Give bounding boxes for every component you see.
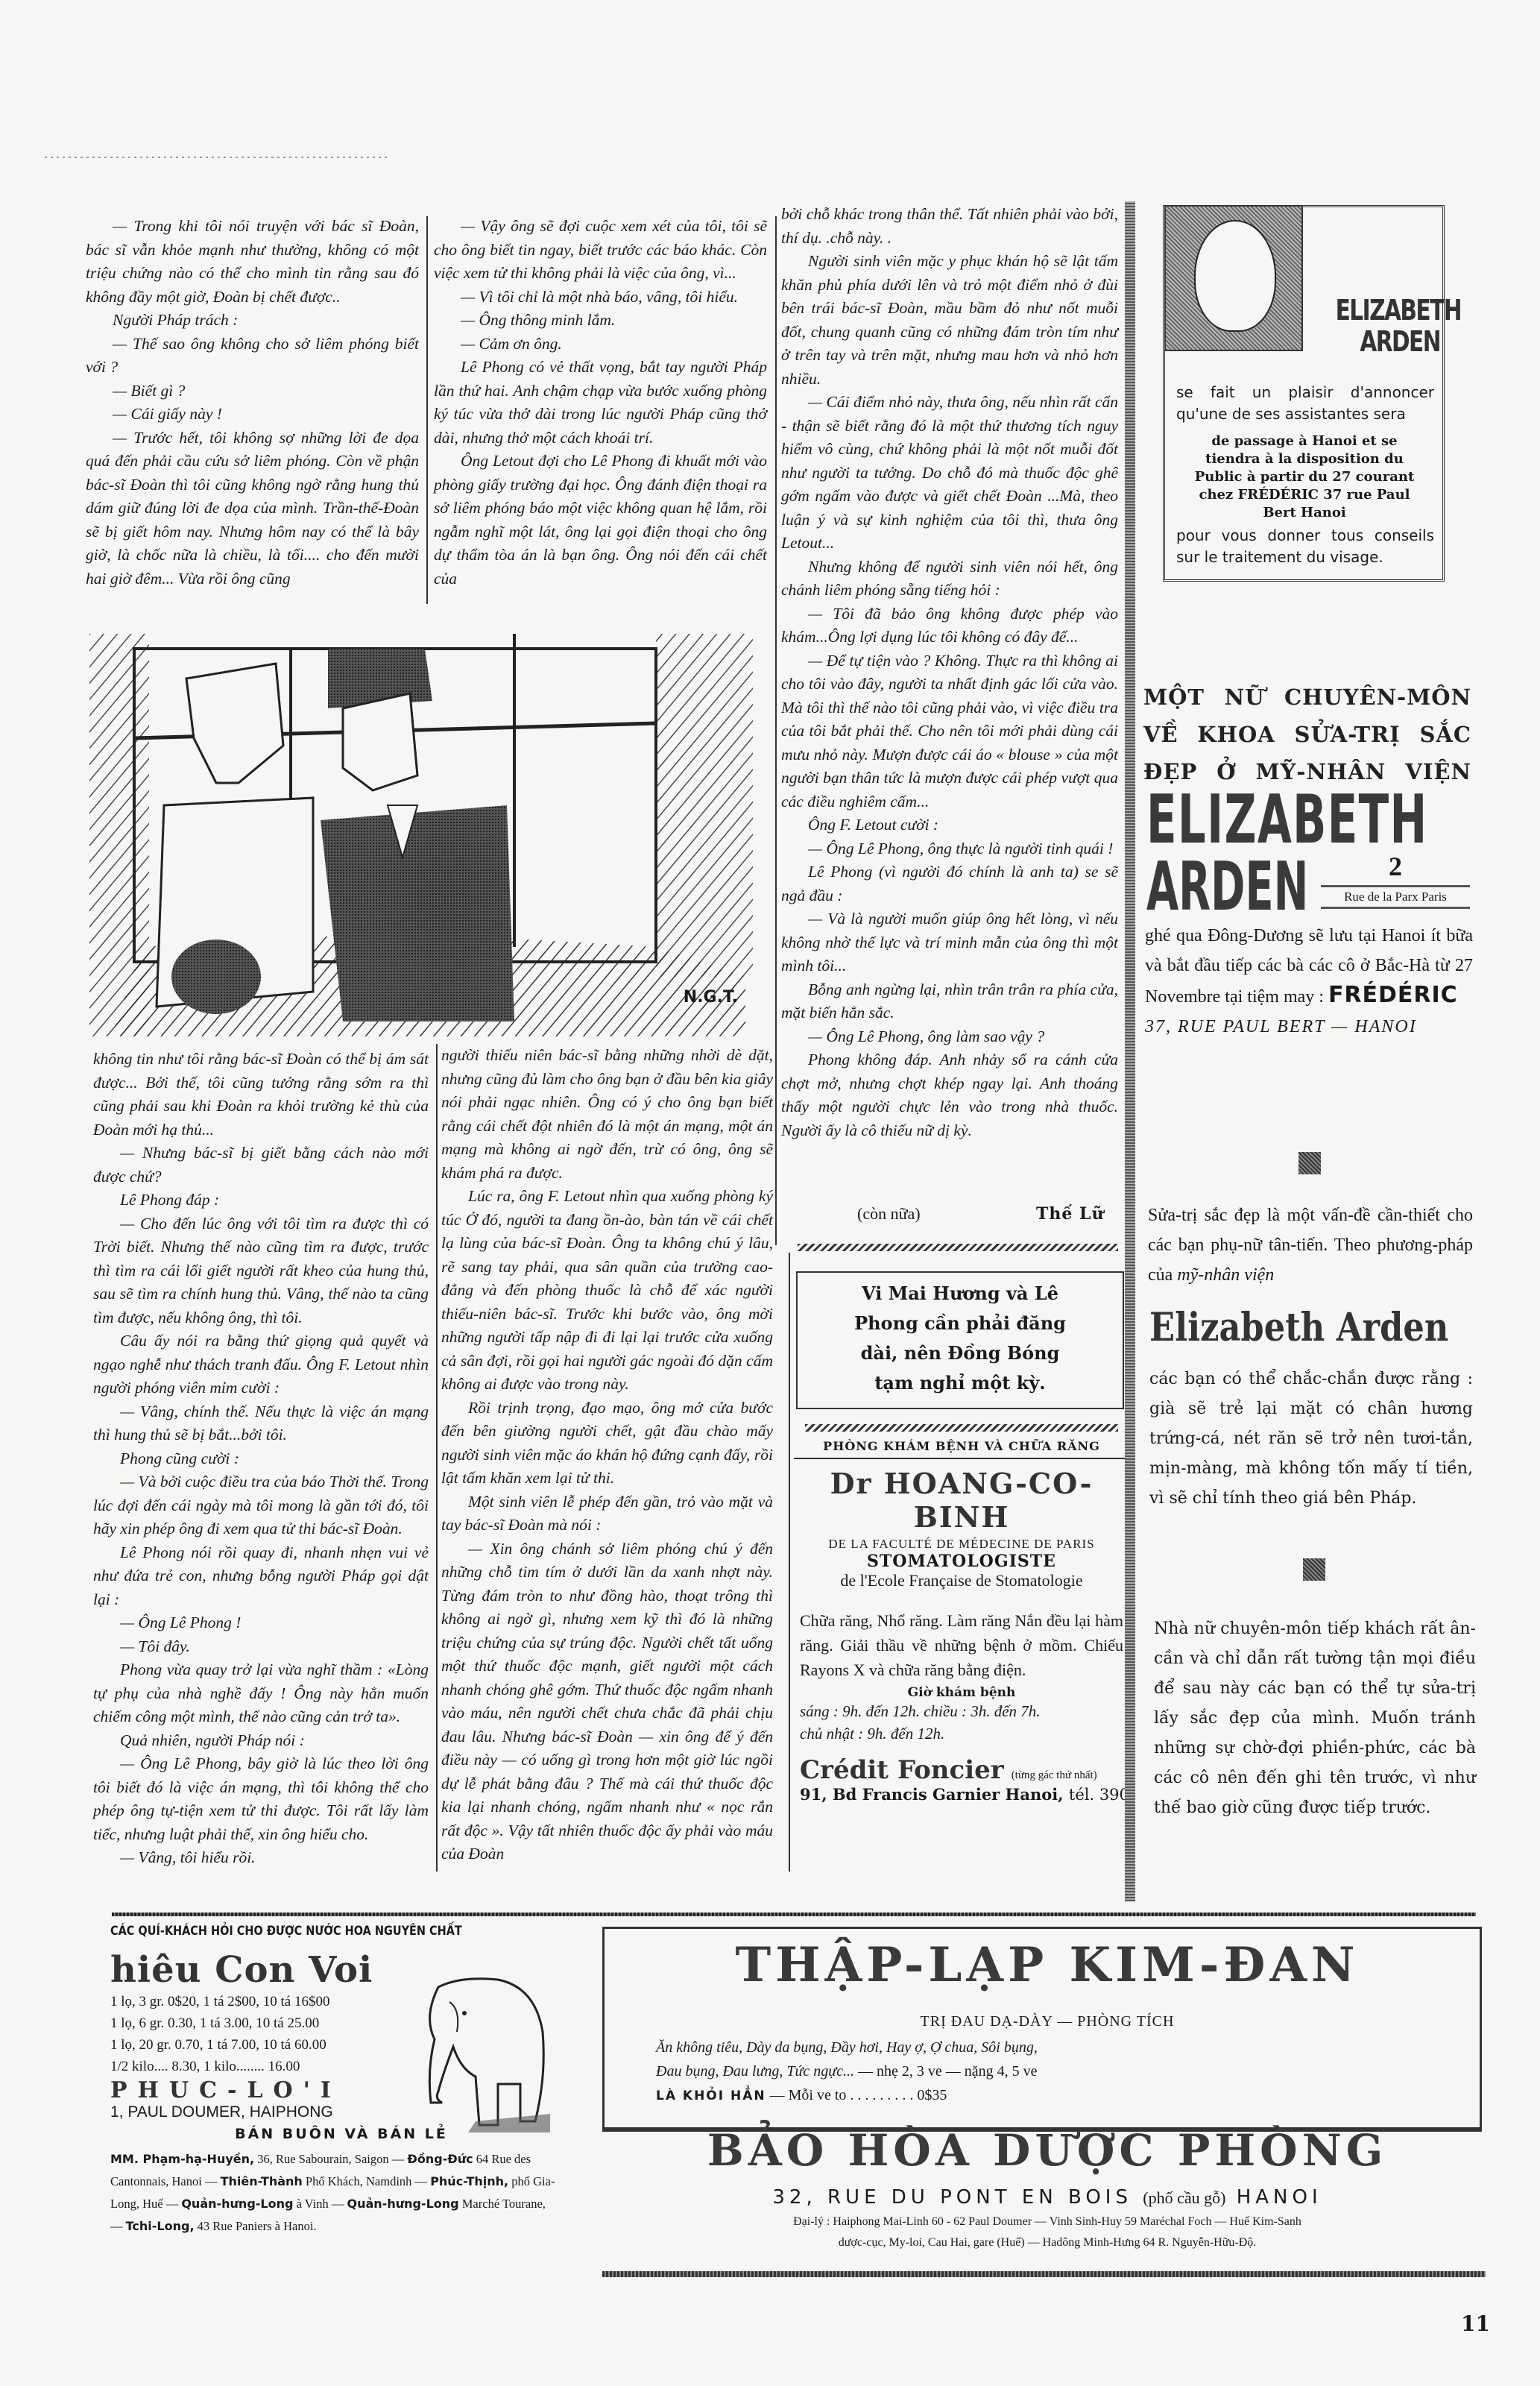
top-margin-dots xyxy=(45,157,388,158)
notice-line: tạm nghỉ một kỳ. xyxy=(798,1368,1123,1398)
paragraph: không tin như tôi rằng bác-sĩ Đoàn có th… xyxy=(93,1048,429,1142)
portrait-illustration xyxy=(1164,205,1303,351)
arden-brand-line1: ELIZABETH xyxy=(1146,787,1361,854)
notice-line: Phong cần phải đăng xyxy=(798,1309,1123,1338)
story-illustration: N.G.T. xyxy=(89,634,753,1036)
story-col2-bottom: người thiếu niên bác-sĩ bằng những nhời … xyxy=(441,1044,773,1866)
phone-number: tél. 390 xyxy=(1069,1786,1129,1804)
ornamental-column-rule xyxy=(1125,201,1135,1901)
agent-location: à Vinh — xyxy=(293,2197,347,2211)
arden-ad-2-appointment: Nhà nữ chuyên-môn tiếp khách rất ân-cần … xyxy=(1154,1614,1476,1823)
paragraph: — Và là người muốn giúp ông hết lòng, vì… xyxy=(781,907,1118,978)
paragraph: — Ông thông minh lắm. xyxy=(434,309,767,333)
paragraph: Bỗng anh ngừng lại, nhìn trân trân ra ph… xyxy=(781,978,1118,1025)
section-divider xyxy=(112,1913,1476,1916)
paragraph: Người Pháp trách : xyxy=(86,309,419,333)
symptoms-line: Đau bụng, Đau lưng, Tức ngực... xyxy=(656,2063,854,2080)
cure-claim: LÀ KHỎI HẲN xyxy=(656,2088,766,2103)
arden-ad-1-details: de passage à Hanoi et se tiendra à la di… xyxy=(1193,432,1416,522)
paragraph: bởi chỗ khác trong thân thể. Tất nhiên p… xyxy=(781,203,1118,250)
story-col1-bottom: không tin như tôi rằng bác-sĩ Đoàn có th… xyxy=(93,1048,429,1870)
street-address: 91, Bd Francis Garnier Hanoi, xyxy=(800,1785,1064,1804)
arden-ad-1-closing: pour vous donner tous conseils sur le tr… xyxy=(1176,525,1434,568)
paragraph: — Ông Lê Phong ! xyxy=(93,1611,429,1635)
story-col2-top: — Vậy ông sẽ đợi cuộc xem xét của tôi, t… xyxy=(434,215,767,591)
paragraph: — Cho đến lúc ông với tôi tìm ra được th… xyxy=(93,1212,429,1330)
specialty-title: STOMATOLOGISTE xyxy=(794,1552,1129,1571)
paragraph: — Cái điểm nhỏ này, thưa ông, nếu nhìn r… xyxy=(781,391,1118,555)
paragraph: — Trước hết, tôi không sợ những lời đe d… xyxy=(86,426,419,591)
price-label: — Mỗi ve to . . . . . . . . . xyxy=(766,2087,918,2103)
paragraph: — Vâng, chính thế. Nếu thực là việc án m… xyxy=(93,1400,429,1447)
faculty-line: DE LA FACULTÉ DE MÉDECINE DE PARIS xyxy=(794,1537,1129,1552)
clinic-address: 91, Bd Francis Garnier Hanoi, tél. 390 xyxy=(794,1785,1129,1804)
paragraph: Quả nhiên, người Pháp nói : xyxy=(93,1729,429,1753)
column-rule xyxy=(789,1253,790,1872)
arden-script-name: Elizabeth Arden xyxy=(1149,1305,1448,1350)
hours-sunday: chủ nhật : 9h. đến 12h. xyxy=(794,1722,1129,1745)
paragraph: Phong không đáp. Anh nhảy sổ ra cánh cửa… xyxy=(781,1048,1118,1142)
author-byline: Thế Lữ xyxy=(1036,1204,1105,1224)
paragraph: Lúc ra, ông F. Letout nhìn qua xuống phò… xyxy=(441,1185,773,1397)
paragraph: — Vì tôi chỉ là một nhà báo, vâng, tôi h… xyxy=(434,286,767,309)
column-rule xyxy=(775,216,777,1245)
agent-location: Phố Khách, Namdinh — xyxy=(303,2174,430,2188)
agent-name: Quản-hưng-Long xyxy=(347,2197,459,2211)
doctor-name: Dr HOANG-CO-BINH xyxy=(794,1467,1129,1534)
product-subtitle: TRỊ ĐAU DẠ-DÀY — PHÒNG TÍCH xyxy=(619,2013,1476,2030)
arden-ad-2-body: ghé qua Đông-Dương sẽ lưu tại Hanoi ít b… xyxy=(1145,921,1473,1042)
paragraph: — Cái giấy này ! xyxy=(86,403,419,426)
paragraph: — Vâng, tôi hiểu rồi. xyxy=(93,1846,429,1870)
arden-ad-1-intro: se fait un plaisir d'annoncer qu'une de … xyxy=(1176,382,1434,425)
paragraph: Câu ấy nói ra bằng thứ giọng quả quyết v… xyxy=(93,1329,429,1400)
arden-ad-2-benefits: các bạn có thể chắc-chắn được rằng : già… xyxy=(1149,1364,1473,1514)
hours-weekday: sáng : 9h. đến 12h. chiều : 3h. đến 7h. xyxy=(794,1700,1129,1722)
paragraph: — Trong khi tôi nói truyện với bác sĩ Đo… xyxy=(86,215,419,309)
paragraph: Ông Letout đợi cho Lê Phong đi khuất mới… xyxy=(434,450,767,591)
ornament-wave xyxy=(798,1244,1118,1251)
elephant-icon xyxy=(408,1972,550,2132)
paragraph: Lê Phong có vẻ thất vọng, bắt tay người … xyxy=(434,356,767,450)
product-details: Ăn không tiêu, Dày da bụng, Đầy hơi, Hay… xyxy=(656,2036,1178,2108)
logo-line: ELIZABETH xyxy=(1336,295,1440,326)
address-street: Rue de la Parx Paris xyxy=(1321,890,1470,904)
notice-box: Vi Mai Hương và Lê Phong cần phải đăng d… xyxy=(796,1271,1124,1409)
paragraph: — Vậy ông sẽ đợi cuộc xem xét của tôi, t… xyxy=(434,215,767,286)
arden-paris-address: 2 Rue de la Parx Paris xyxy=(1321,850,1470,911)
column-rule xyxy=(426,216,428,604)
paragraph: — Và bởi cuộc điều tra của báo Thời thế.… xyxy=(93,1470,429,1541)
arden-logo: ELIZABETH ARDEN xyxy=(1336,295,1440,357)
agent-location: 36, Rue Sabourain, Saigon — xyxy=(254,2152,407,2166)
paragraph: — Tôi đã bảo ông không được phép vào khá… xyxy=(781,602,1118,649)
to-be-continued: (còn nữa) xyxy=(857,1204,921,1224)
divider xyxy=(1321,885,1470,887)
paragraph: người thiếu niên bác-sĩ bằng những nhời … xyxy=(441,1044,773,1185)
paragraph: Nhưng không để người sinh viên nói hết, … xyxy=(781,555,1118,602)
ornament-square xyxy=(1303,1558,1325,1581)
story-col1-top: — Trong khi tôi nói truyện với bác sĩ Đo… xyxy=(86,215,419,591)
paragraph: Lê Phong nói rồi quay đi, nhanh nhẹn vui… xyxy=(93,1541,429,1612)
arden-ad-2-headline: MỘT NỮ CHUYÊN-MÔN VỀ KHOA SỬA-TRỊ SẮC ĐẸ… xyxy=(1143,679,1471,790)
page-number: 11 xyxy=(1461,2311,1490,2336)
paragraph: — Ông Lê Phong, ông làm sao vậy ? xyxy=(781,1025,1118,1049)
agent-name: Đồng-Đức xyxy=(407,2152,473,2166)
paragraph: — Nhưng bác-sĩ bị giết bằng cách nào mới… xyxy=(93,1142,429,1189)
paragraph: — Ông Lê Phong, ông thực là người tinh q… xyxy=(781,837,1118,861)
arden-ad-2-paragraph: Sửa-trị sắc đẹp là một vấn-đề cần-thiết … xyxy=(1148,1200,1473,1290)
address-number: 2 xyxy=(1321,850,1470,883)
street: 32, RUE DU PONT EN BOIS xyxy=(772,2186,1132,2209)
ornament-square xyxy=(1298,1152,1321,1174)
school-line: de l'Ecole Française de Stomatologie xyxy=(794,1571,1129,1590)
paragraph: — Xin ông chánh sở liêm phóng chú ý đến … xyxy=(441,1537,773,1866)
dosage: — nhẹ 2, 3 ve — nặng 4, 5 ve xyxy=(854,2063,1038,2080)
pharmacy-name: BẢO HÒA DƯỢC PHÒNG xyxy=(619,2125,1476,2176)
paragraph: Lê Phong (vì người đó chính là anh ta) s… xyxy=(781,860,1118,907)
illustration-drawing xyxy=(89,634,753,1036)
agent-location: 43 Rue Paniers à Hanoi. xyxy=(195,2219,317,2233)
agents-list: MM. Phạm-hạ-Huyền, 36, Rue Sabourain, Sa… xyxy=(110,2148,558,2238)
logo-line: ARDEN xyxy=(1336,326,1440,357)
agents-line: Đại-lý : Haiphong Mai-Linh 60 - 62 Paul … xyxy=(619,2212,1476,2232)
paragraph: — Tôi đây. xyxy=(93,1635,429,1659)
product-title: THẬP-LẠP KIM-ĐAN xyxy=(619,1937,1476,1993)
pharmacy-address: 32, RUE DU PONT EN BOIS (phố cầu gỗ) HAN… xyxy=(619,2186,1476,2209)
column-rule xyxy=(436,1044,438,1872)
paragraph: Lê Phong đáp : xyxy=(93,1189,429,1212)
story-col3: bởi chỗ khác trong thân thể. Tất nhiên p… xyxy=(781,203,1118,1142)
symptoms-line: Ăn không tiêu, Dày da bụng, Đầy hơi, Hay… xyxy=(656,2039,1038,2056)
ad-header: CÁC QUÍ-KHÁCH HỎI CHO ĐƯỢC NƯỚC HOA NGUY… xyxy=(110,1924,503,1939)
face-drawing xyxy=(1194,220,1276,332)
ad-frame-bottom xyxy=(602,2271,1486,2277)
paragraph: Người sinh viên mặc y phục khán hộ sẽ lậ… xyxy=(781,250,1118,391)
arden-brand-line2: ARDEN xyxy=(1146,854,1308,921)
paragraph: Một sinh viên lễ phép đến gần, trỏ vào m… xyxy=(441,1491,773,1537)
agent-name: Thiên-Thành xyxy=(221,2174,303,2188)
paragraph: — Ông Lê Phong, bây giờ là lúc theo lời … xyxy=(93,1752,429,1846)
agent-name: Tchi-Long, xyxy=(126,2219,195,2233)
price: 0$35 xyxy=(917,2087,947,2103)
agent-name: Phúc-Thịnh, xyxy=(430,2174,508,2188)
divider xyxy=(1321,907,1470,909)
paragraph: Rồi trịnh trọng, đạo mạo, ông mở cửa bướ… xyxy=(441,1397,773,1491)
paragraph: — Cảm ơn ông. xyxy=(434,333,767,356)
illustrator-signature: N.G.T. xyxy=(684,988,738,1007)
building-line: Crédit Foncier (từng gác thứ nhất) xyxy=(794,1755,1129,1785)
ornament-wave xyxy=(805,1424,1118,1432)
agents-line: dược-cục, My-loi, Cau Hai, gare (Huế) — … xyxy=(619,2232,1476,2253)
building-name: Crédit Foncier xyxy=(800,1755,1004,1785)
divider xyxy=(794,1458,1129,1459)
floor-note: (từng gác thứ nhất) xyxy=(1012,1769,1097,1782)
hours-heading: Giờ khám bệnh xyxy=(794,1685,1129,1700)
paragraph: Phong cũng cười : xyxy=(93,1447,429,1471)
dental-clinic-ad: PHÒNG KHÁM BỆNH VÀ CHỮA RĂNG Dr HOANG-CO… xyxy=(794,1439,1129,1804)
paragraph: — Thế sao ông không cho sở liêm phóng bi… xyxy=(86,333,419,380)
street-vn: (phố cầu gỗ) xyxy=(1143,2188,1225,2207)
paragraph: Ông F. Letout cười : xyxy=(781,813,1118,837)
notice-line: Vi Mai Hương và Lê xyxy=(798,1279,1123,1309)
paragraph: Phong vừa quay trở lại vừa nghĩ thầm : «… xyxy=(93,1658,429,1729)
shop-address: 37, RUE PAUL BERT — HANOI xyxy=(1145,1017,1417,1036)
paragraph: — Để tự tiện vào ? Không. Thực ra thì kh… xyxy=(781,649,1118,814)
city: HANOI xyxy=(1237,2186,1322,2209)
agent-name: Quản-hưng-Long xyxy=(181,2197,293,2211)
shop-name: FRÉDÉRIC xyxy=(1328,982,1458,1008)
clinic-header: PHÒNG KHÁM BỆNH VÀ CHỮA RĂNG xyxy=(794,1439,1129,1453)
italic-term: mỹ-nhân viện xyxy=(1177,1265,1274,1285)
agent-name: MM. Phạm-hạ-Huyền, xyxy=(110,2152,254,2166)
paragraph: — Biết gì ? xyxy=(86,380,419,403)
services-text: Chữa răng, Nhổ răng. Làm răng Nắn đều lạ… xyxy=(794,1608,1129,1682)
pharmacy-agents: Đại-lý : Haiphong Mai-Linh 60 - 62 Paul … xyxy=(619,2212,1476,2253)
notice-line: dài, nên Đồng Bóng xyxy=(798,1338,1123,1368)
